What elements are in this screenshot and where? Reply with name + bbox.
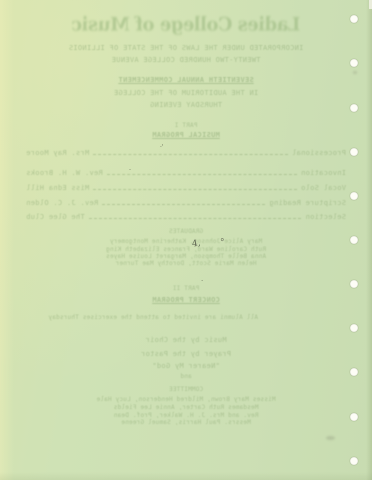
smudge-mark (353, 71, 357, 74)
punch-hole (350, 413, 358, 421)
punch-hole (350, 324, 358, 332)
punch-hole (350, 148, 358, 156)
punch-hole (350, 104, 358, 112)
punch-hole (350, 457, 358, 465)
punch-hole (350, 15, 358, 23)
punch-hole (350, 368, 358, 376)
ink-annotation: 4, (191, 238, 201, 249)
ink-marks-layer: ·' - 4, ° . (0, 0, 372, 480)
ink-tick: - (129, 166, 131, 173)
punch-hole (350, 280, 358, 288)
punch-hole (350, 192, 358, 200)
smudge-mark (326, 436, 335, 440)
ink-dot: . (201, 275, 203, 283)
ink-tick: ·' (160, 144, 164, 151)
punch-hole (350, 236, 358, 244)
scanned-page: Ladies College of Music INCORPORATED UND… (0, 0, 372, 480)
punch-hole (350, 59, 358, 67)
ink-annotation: ° (220, 238, 225, 248)
